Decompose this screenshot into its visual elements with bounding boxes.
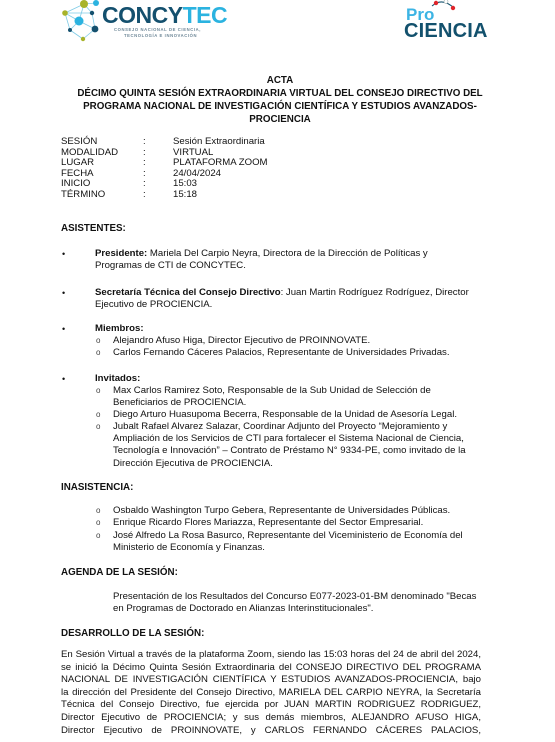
- secretaria-label: Secretaría Técnica del Consejo Directivo: [95, 287, 281, 298]
- sub-bullet-icon: o: [96, 530, 100, 542]
- inasistente-item: José Alfredo La Rosa Basurco, Representa…: [113, 530, 481, 554]
- bullet-icon: •: [62, 373, 65, 385]
- miembros-label: Miembros:: [95, 323, 481, 335]
- sub-bullet-icon: o: [96, 335, 100, 347]
- bullet-icon: •: [62, 287, 65, 299]
- desarrollo-heading: DESARROLLO DE LA SESIÓN:: [61, 628, 204, 640]
- desarrollo-paragraph: En Sesión Virtual a través de la platafo…: [61, 649, 481, 737]
- concytec-subtitle-line2: TECNOLOGÍA E INNOVACIÓN: [124, 33, 197, 38]
- sub-bullet-icon: o: [96, 347, 100, 359]
- inasistente-item: Enrique Ricardo Flores Mariazza, Represe…: [113, 517, 481, 529]
- document-subtitle-line1: DÉCIMO QUINTA SESIÓN EXTRAORDINARIA VIRT…: [40, 87, 520, 100]
- presidente-entry: Presidente: Mariela Del Carpio Neyra, Di…: [95, 248, 481, 272]
- inasistencia-heading: INASISTENCIA:: [61, 482, 133, 494]
- agenda-item: Presentación de los Resultados del Concu…: [113, 591, 481, 615]
- asistentes-heading: ASISTENTES:: [61, 223, 126, 235]
- sub-bullet-icon: o: [96, 421, 100, 433]
- inasistente-item: Osbaldo Washington Turpo Gebera, Represe…: [113, 505, 481, 517]
- concytec-subtitle-line1: CONSEJO NACIONAL DE CIENCIA,: [114, 27, 201, 32]
- document-page: CONCYTEC CONSEJO NACIONAL DE CIENCIA, TE…: [0, 0, 555, 742]
- bullet-icon: •: [62, 248, 65, 260]
- agenda-heading: AGENDA DE LA SESIÓN:: [61, 567, 178, 579]
- document-title: ACTA: [40, 74, 520, 87]
- sub-bullet-icon: o: [96, 505, 100, 517]
- secretaria-entry: Secretaría Técnica del Consejo Directivo…: [95, 287, 481, 311]
- invitado-item: Diego Arturo Huasupoma Becerra, Responsa…: [113, 409, 481, 421]
- concytec-wordmark: CONCYTEC: [102, 3, 227, 27]
- sub-bullet-icon: o: [96, 409, 100, 421]
- concytec-logo: CONCYTEC CONSEJO NACIONAL DE CIENCIA, TE…: [62, 0, 227, 44]
- miembro-item: Carlos Fernando Cáceres Palacios, Repres…: [113, 347, 481, 359]
- presidente-label: Presidente:: [95, 248, 147, 259]
- miembro-item: Alejandro Afuso Higa, Director Ejecutivo…: [113, 335, 481, 347]
- prociencia-logo: Pro CIENCIA: [404, 0, 504, 44]
- bullet-icon: •: [62, 323, 65, 335]
- sub-bullet-icon: o: [96, 385, 100, 397]
- invitado-item: Max Carlos Ramirez Soto, Responsable de …: [113, 385, 481, 409]
- invitado-item: Jubalt Rafael Alvarez Salazar, Coordinar…: [113, 421, 481, 470]
- invitados-label: Invitados:: [95, 373, 481, 385]
- document-subtitle-line3: PROCIENCIA: [40, 113, 520, 126]
- document-subtitle-line2: PROGRAMA NACIONAL DE INVESTIGACIÓN CIENT…: [40, 100, 520, 113]
- prociencia-ciencia-text: CIENCIA: [404, 20, 488, 42]
- sub-bullet-icon: o: [96, 517, 100, 529]
